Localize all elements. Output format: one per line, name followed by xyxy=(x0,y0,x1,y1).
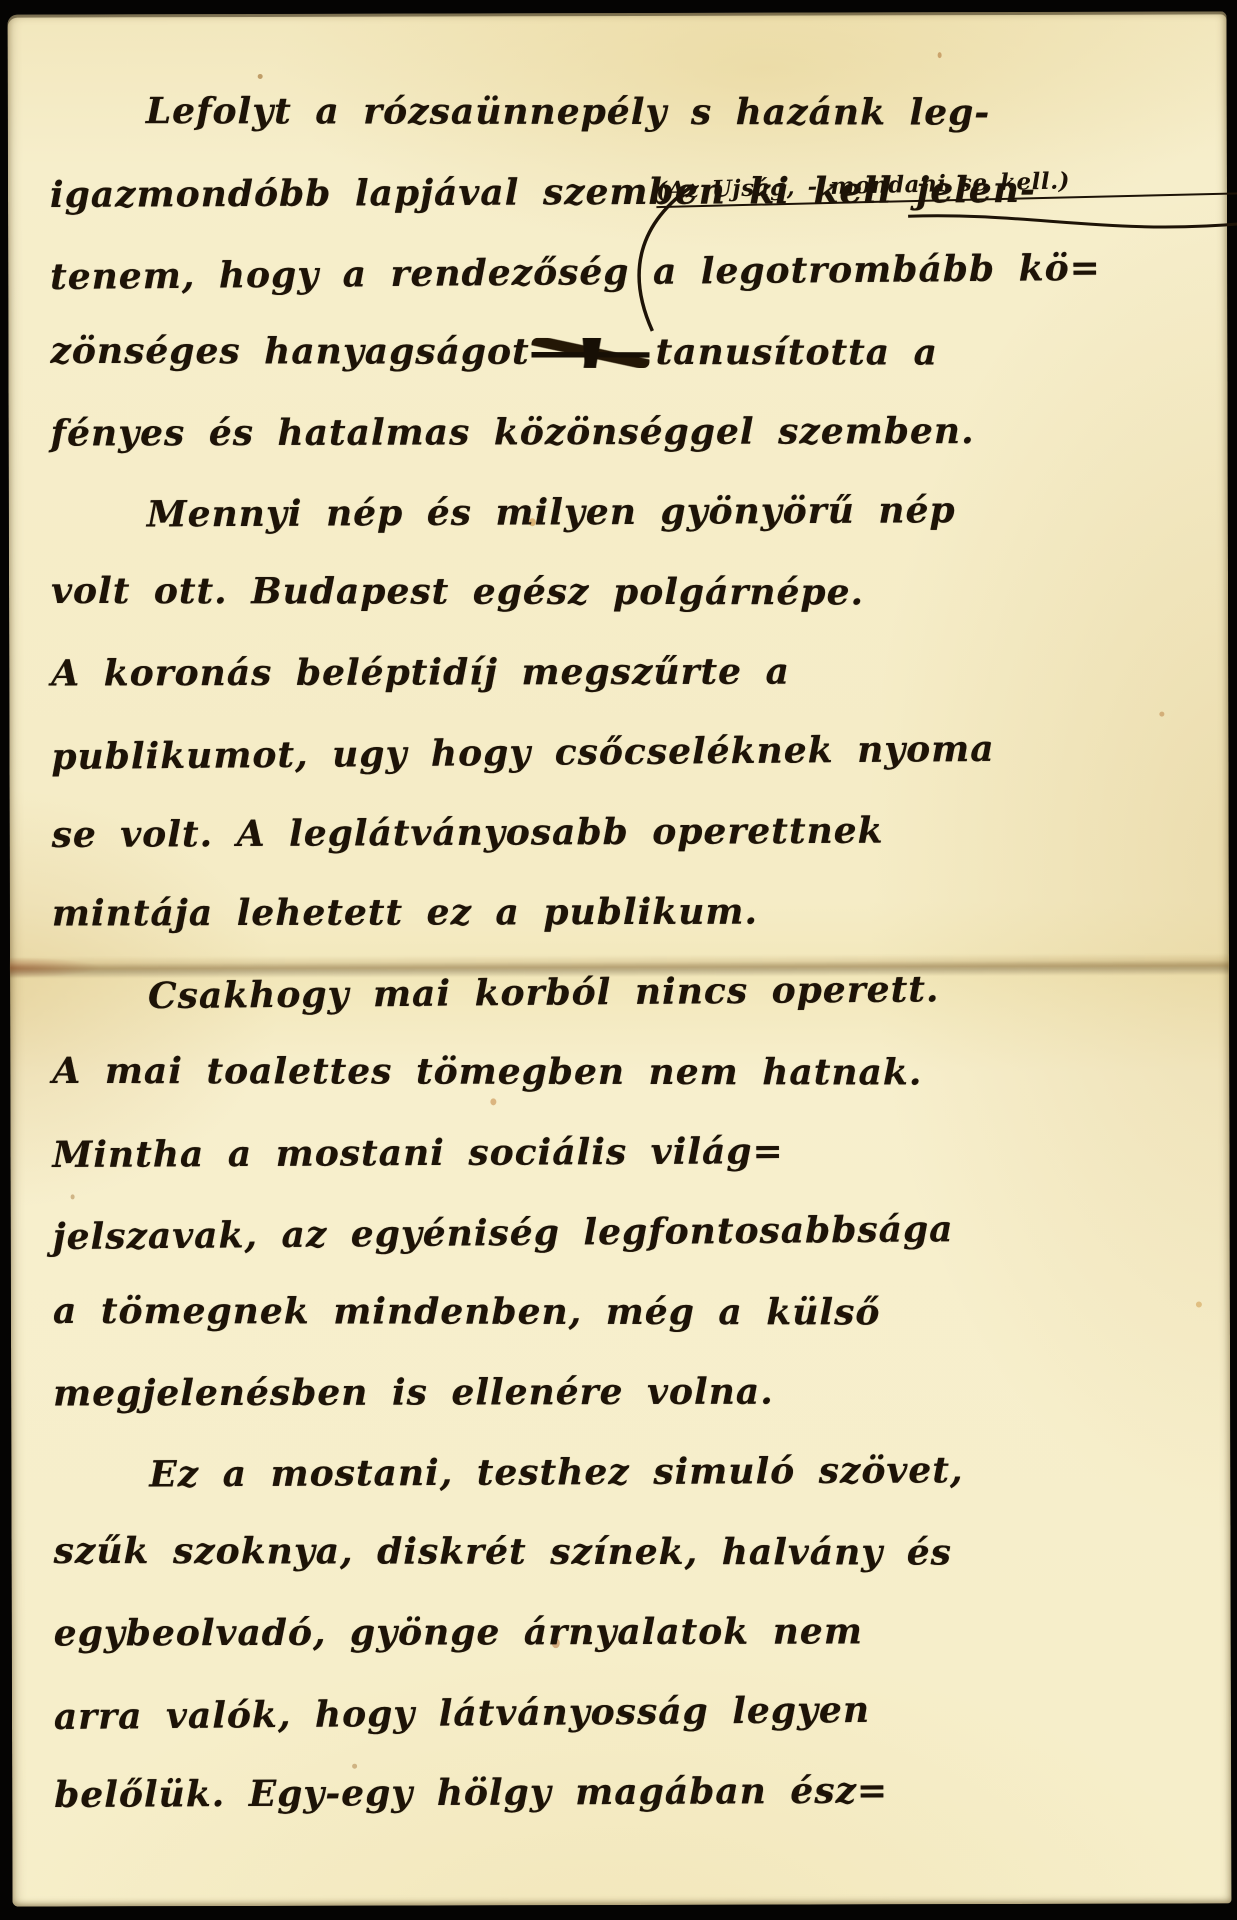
manuscript-line: Mintha a mostani sociális világ= xyxy=(52,1128,1209,1214)
crossed-out-word xyxy=(532,338,650,368)
manuscript-line-text: tanusította a xyxy=(656,331,938,373)
manuscript-line: megjelenésben is ellenére volna. xyxy=(53,1369,1210,1452)
manuscript-line-text: A mai toalettes tömegben nem hatnak. xyxy=(52,1050,922,1094)
manuscript-line-text: jelszavak, az egyéniség legfontosabbsága xyxy=(52,1208,953,1258)
manuscript-line-text: volt ott. Budapest egész polgárnépe. xyxy=(51,570,864,613)
manuscript-line: publikumot, ugy hogy csőcseléknek nyoma xyxy=(51,726,1209,816)
manuscript-line: A mai toalettes tömegben nem hatnak. xyxy=(52,1050,1209,1132)
age-spots xyxy=(8,11,1227,14)
manuscript-line: fényes és hatalmas közönséggel szemben. xyxy=(51,409,1208,492)
manuscript-line: szűk szoknya, diskrét színek, halvány és xyxy=(54,1530,1211,1612)
manuscript-line-text: egybeolvadó, gyönge árnyalatok nem xyxy=(54,1610,863,1654)
manuscript-line-text: megjelenésben is ellenére volna. xyxy=(53,1371,774,1415)
manuscript-line: A koronás beléptidíj megszűrte a xyxy=(51,649,1208,732)
manuscript-line: se volt. A leglátványosabb operettnek xyxy=(52,808,1209,894)
manuscript-line: mintája lehetett ez a publikum. xyxy=(52,889,1209,972)
manuscript-line-text: Csakhogy mai korból nincs operett. xyxy=(148,968,940,1017)
manuscript-line: jelszavak, az egyéniség legfontosabbsága xyxy=(52,1206,1210,1296)
manuscript-line-text: Lefolyt a rózsaünnepély s hazánk leg- xyxy=(146,90,990,133)
manuscript-line: arra valók, hogy látványosság legyen xyxy=(54,1686,1212,1776)
manuscript-line-text: a tömegnek mindenben, még a külső xyxy=(53,1290,880,1333)
manuscript-line-text: szűk szoknya, diskrét színek, halvány és xyxy=(54,1530,952,1574)
manuscript-line-text: tenem, hogy a rendezőség a legotrombább … xyxy=(50,247,1101,298)
manuscript-line: igazmondóbb lapjával szemben ki kell jel… xyxy=(50,168,1207,254)
manuscript-line-text: A koronás beléptidíj megszűrte a xyxy=(51,651,790,695)
manuscript-line-text: Mintha a mostani sociális világ= xyxy=(52,1130,783,1176)
manuscript-line: Mennyi nép és milyen gyönyörű nép xyxy=(51,488,1208,574)
manuscript-line-text: publikumot, ugy hogy csőcseléknek nyoma xyxy=(51,728,995,778)
manuscript-line: Csakhogy mai korból nincs operett. xyxy=(52,966,1210,1056)
manuscript-line-text: se volt. A leglátványosabb operettnek xyxy=(52,810,884,856)
manuscript-line-text: fényes és hatalmas közönséggel szemben. xyxy=(51,410,975,454)
manuscript-line-text: igazmondóbb lapjával szemben ki kell jel… xyxy=(50,169,1036,216)
scanner-background: (Az Ujság, - mondani se kell.) Lefolyt a… xyxy=(0,0,1237,1920)
manuscript-line: Lefolyt a rózsaünnepély s hazánk leg- xyxy=(50,90,1207,172)
manuscript-line: tenem, hogy a rendezőség a legotrombább … xyxy=(50,246,1208,336)
manuscript-line-text: belőlük. Egy-egy hölgy magában ész= xyxy=(54,1770,888,1816)
manuscript-line: egybeolvadó, gyönge árnyalatok nem xyxy=(54,1609,1211,1692)
manuscript-line: zönséges hanyagságottanusította a xyxy=(50,330,1207,412)
manuscript-line-text: arra valók, hogy látványosság legyen xyxy=(54,1689,871,1738)
manuscript-line-text: zönséges hanyagságot xyxy=(50,330,529,373)
manuscript-line: a tömegnek mindenben, még a külső xyxy=(53,1290,1210,1372)
manuscript-line: belőlük. Egy-egy hölgy magában ész= xyxy=(54,1768,1211,1854)
manuscript-text-block: Lefolyt a rózsaünnepély s hazánk leg-iga… xyxy=(50,89,1212,1852)
manuscript-line-text: Ez a mostani, testhez simuló szövet, xyxy=(149,1449,963,1495)
manuscript-line-text: mintája lehetett ez a publikum. xyxy=(52,891,758,935)
manuscript-paper: (Az Ujság, - mondani se kell.) Lefolyt a… xyxy=(8,11,1232,1906)
manuscript-line: Ez a mostani, testhez simuló szövet, xyxy=(53,1448,1210,1534)
manuscript-line: volt ott. Budapest egész polgárnépe. xyxy=(51,570,1208,652)
manuscript-line-text: Mennyi nép és milyen gyönyörű nép xyxy=(147,489,956,535)
